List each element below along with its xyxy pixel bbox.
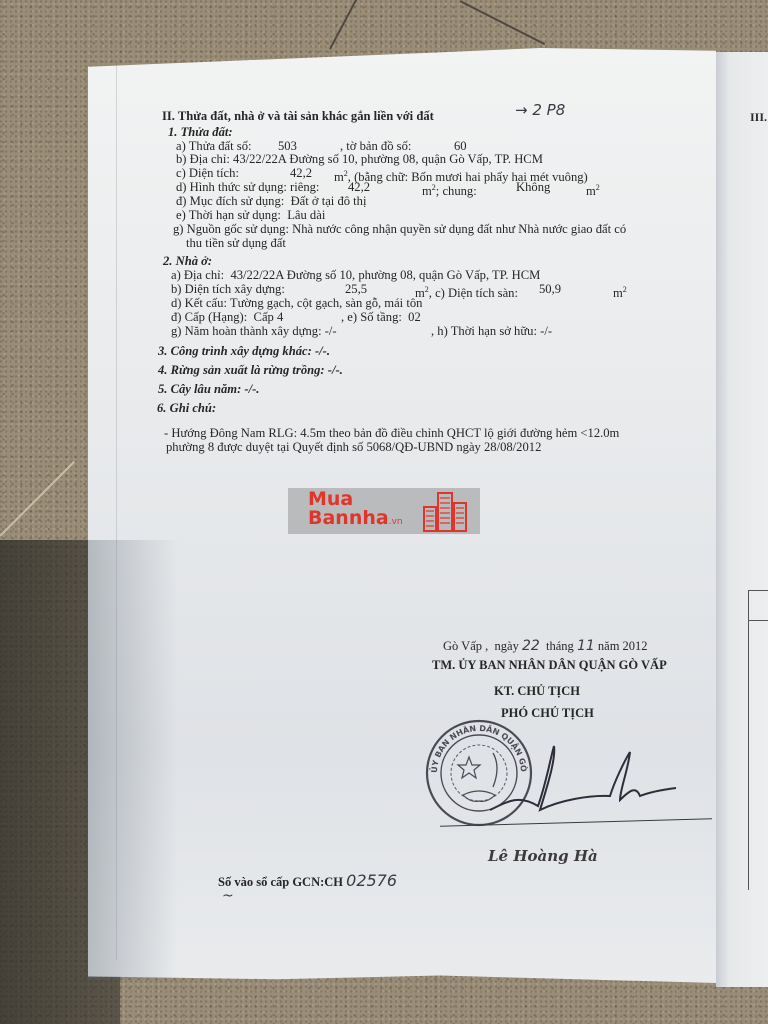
house-completion-row: g) Năm hoàn thành xây dựng: -/-, h) Thời…: [171, 325, 337, 339]
house-area-row: b) Diện tích xây dựng:25,5m2, c) Diện tí…: [171, 283, 285, 297]
land-address-row: b) Địa chỉ: 43/22/22A Đường số 10, phườn…: [176, 153, 543, 167]
signature-mark: [480, 740, 680, 820]
other-construction: 3. Công trình xây dựng khác: -/-.: [158, 345, 330, 359]
signing-date: Gò Vấp , ngày 22 tháng 11 năm 2012: [443, 640, 648, 654]
house-address-row: a) Địa chỉ: 43/22/22A Đường số 10, phườn…: [171, 269, 540, 283]
handwritten-mark: ~: [222, 890, 234, 904]
land-origin-row-cont: thu tiền sử dụng đất: [186, 237, 286, 251]
registry-row: Số vào sổ cấp GCN:CH 02576: [218, 874, 397, 890]
signing-on-behalf: KT. CHỦ TỊCH: [494, 685, 580, 699]
muabannha-watermark: Mua Bannha.vn: [288, 488, 480, 534]
land-area-row: c) Diện tích:42,2m2, (bằng chữ: Bốn mươi…: [176, 167, 239, 181]
house-grade-row: đ) Cấp (Hạng): Cấp 4, e) Số tầng: 02: [171, 311, 283, 325]
land-purpose-row: đ) Mục đích sử dụng: Đất ở tại đô thị: [176, 195, 366, 209]
land-heading: 1. Thửa đất:: [168, 126, 233, 140]
signer-name: Lê Hoàng Hà: [488, 850, 598, 864]
notes-line-2: phường 8 được duyệt tại Quyết định số 50…: [166, 441, 541, 455]
house-heading: 2. Nhà ở:: [163, 255, 212, 269]
watermark-logo-text: Mua Bannha.vn: [308, 490, 403, 532]
notes-line-1: - Hướng Đông Nam RLG: 4.5m theo bản đồ đ…: [164, 427, 619, 441]
section-title: II. Thửa đất, nhà ở và tài sản khác gắn …: [162, 110, 434, 124]
usage-form-row: d) Hình thức sử dụng: riêng:42,2m2; chun…: [176, 181, 319, 195]
buildings-icon: [420, 491, 470, 533]
land-origin-row: g) Nguồn gốc sử dụng: Nhà nước công nhận…: [173, 223, 626, 237]
registry-number: 02576: [346, 871, 397, 890]
production-forest: 4. Rừng sản xuất là rừng trồng: -/-.: [158, 364, 343, 378]
house-structure-row: d) Kết cấu: Tường gạch, cột gạch, sàn gỗ…: [171, 297, 422, 311]
signing-authority: TM. ỦY BAN NHÂN DÂN QUẬN GÒ VẤP: [432, 659, 667, 673]
perennial-trees: 5. Cây lâu năm: -/-.: [158, 383, 259, 397]
notes-heading: 6. Ghi chú:: [157, 402, 216, 416]
certificate-content: II. Thửa đất, nhà ở và tài sản khác gắn …: [0, 0, 768, 1024]
handwritten-note: → 2 P8: [515, 104, 565, 118]
land-term-row: e) Thời hạn sử dụng: Lâu dài: [176, 209, 325, 223]
watermark-line-2: Bannha.vn: [308, 509, 403, 532]
